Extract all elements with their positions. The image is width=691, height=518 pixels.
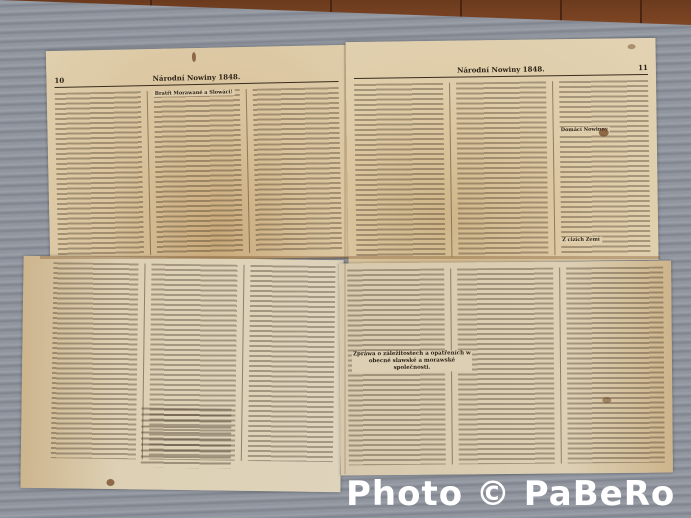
column-rule: [449, 83, 452, 257]
text-column: [456, 81, 548, 256]
column-rule: [552, 81, 555, 255]
left-page-top: 10 Národní Nowiny 1848. Bratři Morawané …: [46, 45, 350, 263]
ink-stain: [106, 479, 114, 486]
right-page-header: Národní Nowiny 1848. 11: [354, 60, 648, 79]
poem-block: [141, 407, 232, 468]
left-page-header: 10 Národní Nowiny 1848.: [54, 67, 338, 88]
text-column: [51, 262, 139, 459]
text-column: [55, 91, 144, 257]
text-column: [354, 83, 446, 258]
column-rule: [559, 268, 562, 464]
horizontal-fold: [40, 256, 660, 259]
text-columns: [55, 87, 342, 257]
section-heading: Z cizích Zemí: [560, 237, 602, 244]
column-rule: [246, 89, 250, 253]
ink-stain: [602, 397, 611, 403]
text-column: [559, 80, 651, 255]
text-column: [154, 89, 243, 255]
column-rule: [240, 265, 244, 461]
running-title: Národní Nowiny 1848.: [54, 70, 338, 85]
text-columns: [354, 80, 650, 258]
left-page-bottom: [20, 256, 343, 492]
ink-stain: [192, 52, 196, 62]
right-page-top: Národní Nowiny 1848. 11 Domácí Nowinny Z…: [345, 38, 658, 264]
page-number: 11: [638, 63, 648, 72]
ink-stain: [628, 44, 636, 49]
photo-watermark: Photo © PaBeRo: [346, 474, 675, 514]
running-title: Národní Nowiny 1848.: [354, 63, 648, 76]
text-column: [247, 265, 335, 462]
column-rule: [147, 91, 151, 255]
right-page-bottom: Zpráwa o záležitostech a opatřeních w ob…: [339, 261, 673, 476]
vertical-fold: [344, 44, 346, 474]
text-column: [566, 267, 664, 464]
article-title: Zpráwa o záležitostech a opatřeních w ob…: [352, 350, 472, 372]
text-column: [253, 87, 342, 253]
